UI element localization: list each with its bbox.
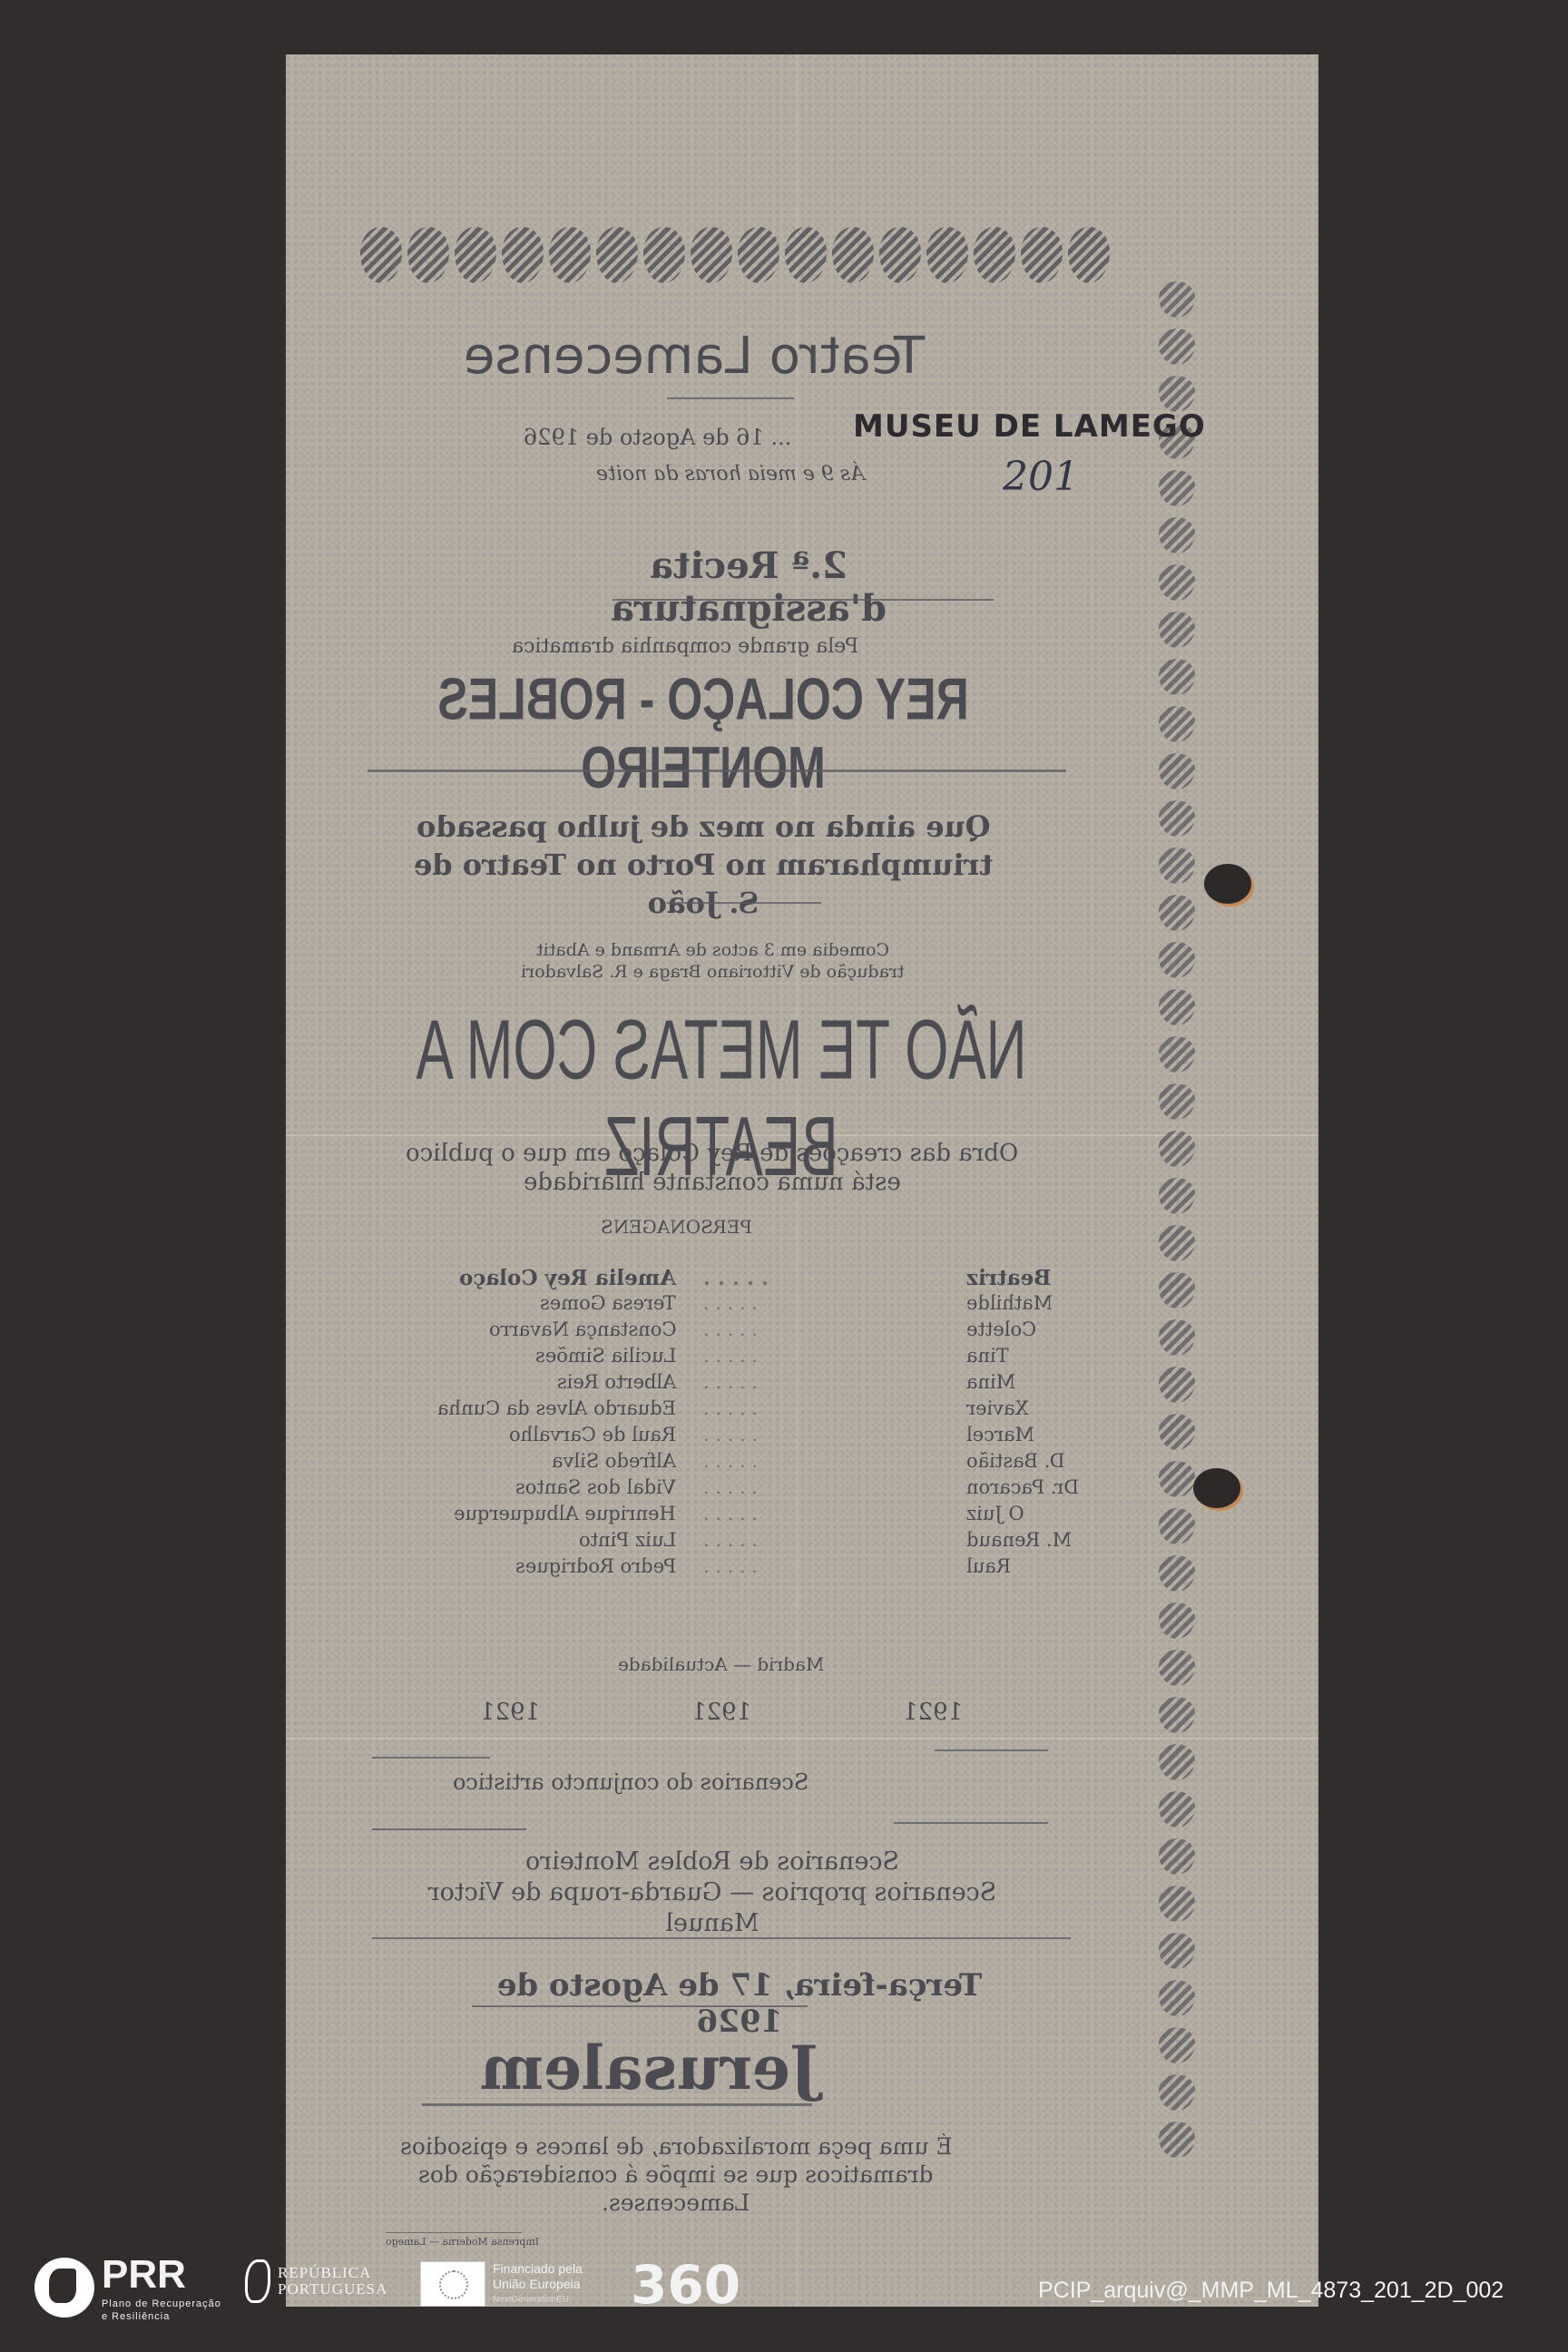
time-line: Ás 9 e meia horas da noite [540,463,921,485]
document-identifier: PCIP_arquiv@_MMP_ML_4873_201_2D_002 [1038,2278,1504,2304]
republica-text: REPÚBLICA [278,2265,387,2281]
divider [422,2103,812,2106]
museum-stamp: MUSEU DE LAMEGO [853,408,1206,445]
eu-text: Financiado pela [493,2261,583,2277]
leader-dots: . . . . . [703,1450,758,1472]
leader-dots: . . . . . [703,1476,758,1498]
setting-line: Madrid — Actualidade [558,1653,885,1675]
comedy-intro: Comedia em 3 actos de Armand e Abatit tr… [431,939,994,983]
eu-text: União Europeia [493,2277,583,2292]
divider [612,599,994,601]
cast-actor: Vidal dos Santos [515,1476,676,1498]
cast-role: Colette [966,1318,1036,1340]
divider [372,1757,490,1759]
cast-role: Beatriz [966,1266,1052,1290]
cast-actor: Pedro Rodrigues [515,1555,676,1577]
cast-actor: Raul de Carvalho [509,1424,676,1445]
cast-actor: Henrique Albuquerque [454,1503,676,1524]
company-intro: Pela grande companhia dramatica [413,635,957,658]
cast-actor: Lucilia Simões [535,1345,676,1367]
next-title: Jerusalem [395,2033,903,2103]
acts-row: 1921 1921 1921 [404,1699,1039,1726]
divider [935,1749,1048,1751]
cast-actor: Alberto Reis [557,1371,676,1393]
divider [367,769,1066,772]
divider [386,2232,522,2233]
republica-text: PORTUGUESA [278,2281,387,2298]
cast-role: O Juiz [966,1503,1024,1524]
cast-role: Raul [966,1555,1011,1577]
divider [372,1828,526,1830]
divider [372,1937,1071,1939]
divider [667,902,821,904]
cast-role: Dr. Pacaron [966,1476,1079,1498]
cast-heading: PERSONAGENS [540,1216,812,1238]
eu-flag-icon [420,2261,485,2307]
cast-role: M. Renaud [966,1529,1072,1551]
republica-emblem-icon [245,2259,270,2303]
extras-text: Scenarios de Robles Monteiro Scenarios p… [386,1847,1039,1939]
cast-actor: Amelia Rey Colaço [459,1266,676,1290]
cast-actor: Teresa Gomes [540,1292,676,1314]
punch-hole [1204,864,1251,904]
punch-hole [1193,1468,1240,1508]
next-date: Terça-feira, 17 de Agosto de 1926 [467,1967,1012,2040]
cast-role: Mina [966,1371,1015,1393]
leader-dots: . . . . . [703,1424,758,1445]
document-sheet: Teatro Lamecense ... 16 de Agosto de 192… [286,54,1318,2307]
brand-360: 360 [631,2254,740,2316]
eu-text: NextGenerationEU [493,2292,583,2308]
ornament-border-top [360,227,1110,283]
republica-logo: REPÚBLICA PORTUGUESA [245,2259,387,2303]
prr-logo: PRR Plano de Recuperação e Resiliência [34,2252,221,2323]
divider [667,397,794,399]
play-description: Obra das creações de Rey Colaço em que o… [322,1139,1102,1197]
prr-emblem-icon [34,2258,94,2318]
leader-dots: . . . . . [703,1503,758,1524]
leader-dots: . . . . . [703,1555,758,1577]
cast-role: Xavier [966,1397,1029,1419]
prr-name: PRR [102,2252,221,2298]
leader-dots: . . . . . [703,1397,758,1419]
leader-dots: . . . . . [703,1292,758,1314]
cast-actor: Eduardo Alves da Cunha [437,1397,676,1419]
cast-actor: Constança Navarro [489,1318,676,1340]
divider [472,2005,808,2007]
leader-dots: . . . . . [703,1371,758,1393]
prr-subtitle: e Resiliência [102,2310,221,2323]
date-line: ... 16 de Agosto de 1926 [467,425,848,450]
cast-role: Marcel [966,1424,1034,1445]
company-name: REY COLAÇO - ROBLES MONTEIRO [358,665,1048,802]
cast-role: Mathilde [966,1292,1053,1314]
leader-dots: . . . . . [703,1266,769,1290]
success-text: Que ainda no mez de julho passado triump… [395,808,1012,922]
next-description: É uma peça moralizadora, de lances e epi… [358,2132,994,2217]
ornament-border-right [1159,281,1195,2158]
cast-actor: Alfredo Silva [552,1450,676,1472]
theatre-name: Teatro Lamecense [413,327,975,386]
leader-dots: . . . . . [703,1345,758,1367]
eu-funding-logo: Financiado pela União Europeia NextGener… [420,2261,583,2308]
prr-subtitle: Plano de Recuperação [102,2298,221,2310]
scenery-line: Scenarios do conjuncto artistico [449,1769,812,1795]
leader-dots: . . . . . [703,1318,758,1340]
cast-role: D. Bastião [966,1450,1065,1472]
divider [894,1822,1048,1824]
handwritten-number: 201 [1003,454,1079,500]
recita-title: 2.ª Recita d'assignatura [522,544,975,630]
cast-actor: Luiz Pinto [579,1529,676,1551]
printer-line: Imprensa Moderna — Lamego [372,2236,554,2248]
leader-dots: . . . . . [703,1529,758,1551]
cast-role: Tina [966,1345,1009,1367]
